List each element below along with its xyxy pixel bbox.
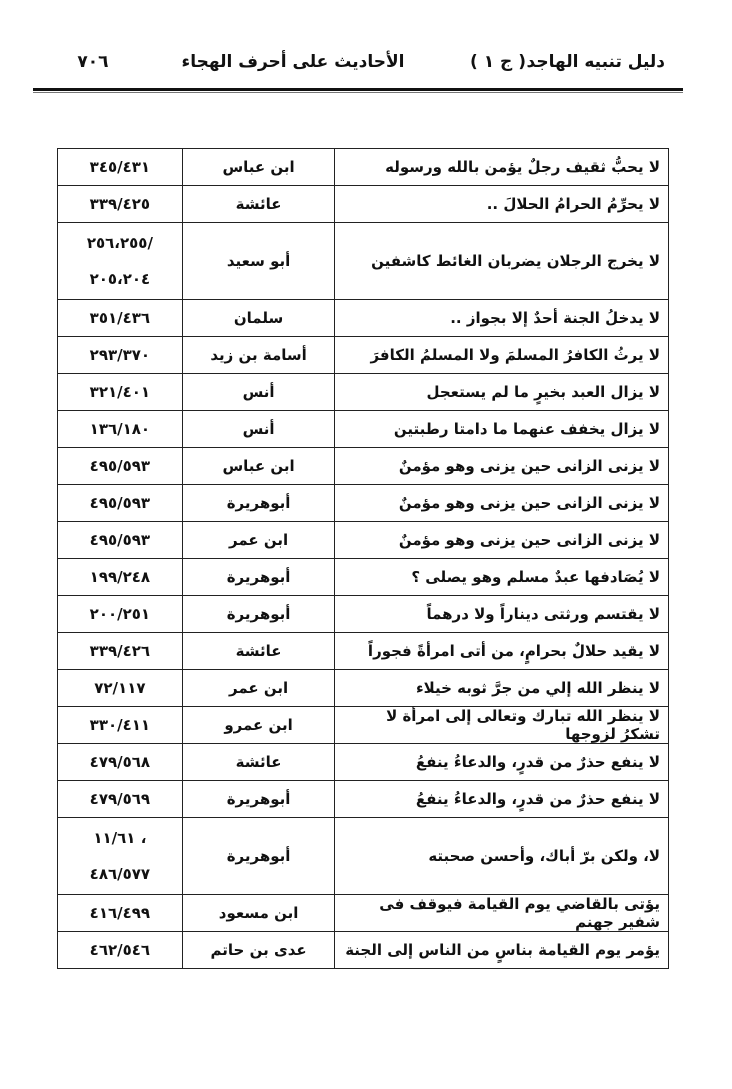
reference: ٤١٦/٤٩٩ (66, 895, 174, 931)
hadith-text: لا ينفع حذرٌ من قدرٍ، والدعاءُ ينفعُ (335, 781, 669, 818)
table-row: يؤمر يوم القيامة بناسٍ من الناس إلى الجن… (58, 932, 669, 969)
reference-cell: ٣٥١/٤٣٦ (58, 300, 183, 337)
header-rule-thin (33, 92, 683, 93)
header-rule (33, 88, 683, 91)
table-row: لا ينفع حذرٌ من قدرٍ، والدعاءُ ينفعُعائش… (58, 744, 669, 781)
hadith-text: لا ينظر الله إلي من جرَّ ثوبه خيلاء (335, 670, 669, 707)
hadith-text: لا يزال يخفف عنهما ما دامتا رطبتين (335, 411, 669, 448)
reference-cell: ٤٧٩/٥٦٨ (58, 744, 183, 781)
reference-cell: ١٩٩/٢٤٨ (58, 559, 183, 596)
hadith-text: لا يرثُ الكافرُ المسلمَ ولا المسلمُ الكا… (335, 337, 669, 374)
hadith-text: لا، ولكن برّ أباك، وأحسن صحبته (335, 818, 669, 895)
narrator: سلمان (182, 300, 335, 337)
table-row: لا ينظر الله تبارك وتعالى إلى امرأة لا ت… (58, 707, 669, 744)
table-row: لا يزنى الزانى حين يزنى وهو مؤمنٌأبوهرير… (58, 485, 669, 522)
reference: ٤٩٥/٥٩٣ (66, 448, 174, 484)
table-row: لا يزنى الزانى حين يزنى وهو مؤمنٌابن عبا… (58, 448, 669, 485)
hadith-text: لا يزال العبد بخيرٍ ما لم يستعجل (335, 374, 669, 411)
narrator: أبوهريرة (182, 596, 335, 633)
narrator: ابن عمر (182, 670, 335, 707)
narrator: ابن عمر (182, 522, 335, 559)
narrator: ابن عباس (182, 448, 335, 485)
narrator: عائشة (182, 633, 335, 670)
narrator: عائشة (182, 744, 335, 781)
reference-cell: ٣٣٠/٤١١ (58, 707, 183, 744)
table-row: لا يزنى الزانى حين يزنى وهو مؤمنٌابن عمر… (58, 522, 669, 559)
reference: ٧٢/١١٧ (66, 670, 174, 706)
reference-cell: /٢٥٦،٢٥٥٢٠٥،٢٠٤ (58, 223, 183, 300)
reference-cell: ، ١١/٦١٤٨٦/٥٧٧ (58, 818, 183, 895)
table-row: يؤتى بالقاضي يوم القيامة فيوقف فى شفير ج… (58, 895, 669, 932)
reference-cell: ٤٧٩/٥٦٩ (58, 781, 183, 818)
reference: ٣٣٠/٤١١ (66, 707, 174, 743)
reference-cell: ٧٢/١١٧ (58, 670, 183, 707)
reference-cell: ٤٩٥/٥٩٣ (58, 448, 183, 485)
hadith-text: لا يخرج الرجلان يضربان الغائط كاشفين (335, 223, 669, 300)
reference-cell: ٣٣٩/٤٢٦ (58, 633, 183, 670)
hadith-text: لا يزنى الزانى حين يزنى وهو مؤمنٌ (335, 448, 669, 485)
table-row: لا يحرِّمُ الحرامُ الحلالَ ..عائشة٣٣٩/٤٢… (58, 186, 669, 223)
reference: ٤٩٥/٥٩٣ (66, 485, 174, 521)
hadith-text: لا يقتسم ورثتى ديناراً ولا درهماً (335, 596, 669, 633)
narrator: ابن مسعود (182, 895, 335, 932)
reference: ٤٦٢/٥٤٦ (66, 932, 174, 968)
reference: ١٩٩/٢٤٨ (66, 559, 174, 595)
hadith-text: لا يحبُّ ثقيف رجلٌ يؤمن بالله ورسوله (335, 149, 669, 186)
hadith-text: لا يزنى الزانى حين يزنى وهو مؤمنٌ (335, 485, 669, 522)
narrator: أبوهريرة (182, 781, 335, 818)
hadith-text: يؤتى بالقاضي يوم القيامة فيوقف فى شفير ج… (335, 895, 669, 932)
narrator: ابن عباس (182, 149, 335, 186)
hadith-index-table: لا يحبُّ ثقيف رجلٌ يؤمن بالله ورسولهابن … (57, 148, 669, 969)
table-row: لا يزال العبد بخيرٍ ما لم يستعجلأنس٣٢١/٤… (58, 374, 669, 411)
narrator: أنس (182, 374, 335, 411)
table-row: لا يرثُ الكافرُ المسلمَ ولا المسلمُ الكا… (58, 337, 669, 374)
hadith-text: لا يُصَادفها عبدٌ مسلم وهو يصلى ؟ (335, 559, 669, 596)
narrator: أبوهريرة (182, 818, 335, 895)
hadith-text: لا يحرِّمُ الحرامُ الحلالَ .. (335, 186, 669, 223)
narrator: أبو سعيد (182, 223, 335, 300)
reference-cell: ١٣٦/١٨٠ (58, 411, 183, 448)
reference: ٣٣٩/٤٢٥ (66, 186, 174, 222)
table-row: لا، ولكن برّ أباك، وأحسن صحبتهأبوهريرة، … (58, 818, 669, 895)
reference: ٢٠٥،٢٠٤ (66, 261, 174, 297)
hadith-text: لا ينفع حذرٌ من قدرٍ، والدعاءُ ينفعُ (335, 744, 669, 781)
reference: ٤٨٦/٥٧٧ (66, 856, 174, 892)
hadith-text: لا يدخلُ الجنة أحدٌ إلا بجواز .. (335, 300, 669, 337)
table-row: لا يزال يخفف عنهما ما دامتا رطبتينأنس١٣٦… (58, 411, 669, 448)
reference-cell: ٤١٦/٤٩٩ (58, 895, 183, 932)
narrator: أبوهريرة (182, 559, 335, 596)
table-row: لا يقيد حلالٌ بحرامٍ، من أتى امرأةً فجور… (58, 633, 669, 670)
reference: ٣٢١/٤٠١ (66, 374, 174, 410)
narrator: أبوهريرة (182, 485, 335, 522)
reference: ، ١١/٦١ (66, 820, 174, 856)
page-number: ٧٠٦ (33, 52, 153, 72)
reference: /٢٥٦،٢٥٥ (66, 225, 174, 261)
section-title: الأحاديث على أحرف الهجاء (173, 52, 413, 72)
book-title: دليل تنبيه الهاجد (527, 52, 665, 72)
table-row: لا ينظر الله إلي من جرَّ ثوبه خيلاءابن ع… (58, 670, 669, 707)
reference-cell: ٣٤٥/٤٣١ (58, 149, 183, 186)
reference-cell: ٢٠٠/٢٥١ (58, 596, 183, 633)
hadith-text: لا ينظر الله تبارك وتعالى إلى امرأة لا ت… (335, 707, 669, 744)
reference-cell: ٣٣٩/٤٢٥ (58, 186, 183, 223)
reference: ١٣٦/١٨٠ (66, 411, 174, 447)
reference: ٤٧٩/٥٦٩ (66, 781, 174, 817)
hadith-text: لا يقيد حلالٌ بحرامٍ، من أتى امرأةً فجور… (335, 633, 669, 670)
table-row: لا ينفع حذرٌ من قدرٍ، والدعاءُ ينفعُأبوه… (58, 781, 669, 818)
reference: ٣٤٥/٤٣١ (66, 149, 174, 185)
table-row: لا يقتسم ورثتى ديناراً ولا درهماًأبوهرير… (58, 596, 669, 633)
hadith-text: يؤمر يوم القيامة بناسٍ من الناس إلى الجن… (335, 932, 669, 969)
reference: ٤٧٩/٥٦٨ (66, 744, 174, 780)
narrator: أنس (182, 411, 335, 448)
reference-cell: ٣٢١/٤٠١ (58, 374, 183, 411)
reference-cell: ٢٩٣/٣٧٠ (58, 337, 183, 374)
narrator: عدى بن حاتم (182, 932, 335, 969)
page-header: دليل تنبيه الهاجد ( ج ١ ) الأحاديث على أ… (33, 48, 683, 78)
table-row: لا يخرج الرجلان يضربان الغائط كاشفينأبو … (58, 223, 669, 300)
volume-label: ( ج ١ ) (458, 52, 538, 72)
table-row: لا يحبُّ ثقيف رجلٌ يؤمن بالله ورسولهابن … (58, 149, 669, 186)
reference: ٣٥١/٤٣٦ (66, 300, 174, 336)
table-row: لا يُصَادفها عبدٌ مسلم وهو يصلى ؟أبوهرير… (58, 559, 669, 596)
reference-cell: ٤٩٥/٥٩٣ (58, 522, 183, 559)
reference: ٢٩٣/٣٧٠ (66, 337, 174, 373)
table-row: لا يدخلُ الجنة أحدٌ إلا بجواز ..سلمان٣٥١… (58, 300, 669, 337)
reference: ٤٩٥/٥٩٣ (66, 522, 174, 558)
reference-cell: ٤٦٢/٥٤٦ (58, 932, 183, 969)
hadith-text: لا يزنى الزانى حين يزنى وهو مؤمنٌ (335, 522, 669, 559)
narrator: عائشة (182, 186, 335, 223)
narrator: أسامة بن زيد (182, 337, 335, 374)
reference: ٢٠٠/٢٥١ (66, 596, 174, 632)
reference: ٣٣٩/٤٢٦ (66, 633, 174, 669)
narrator: ابن عمرو (182, 707, 335, 744)
reference-cell: ٤٩٥/٥٩٣ (58, 485, 183, 522)
